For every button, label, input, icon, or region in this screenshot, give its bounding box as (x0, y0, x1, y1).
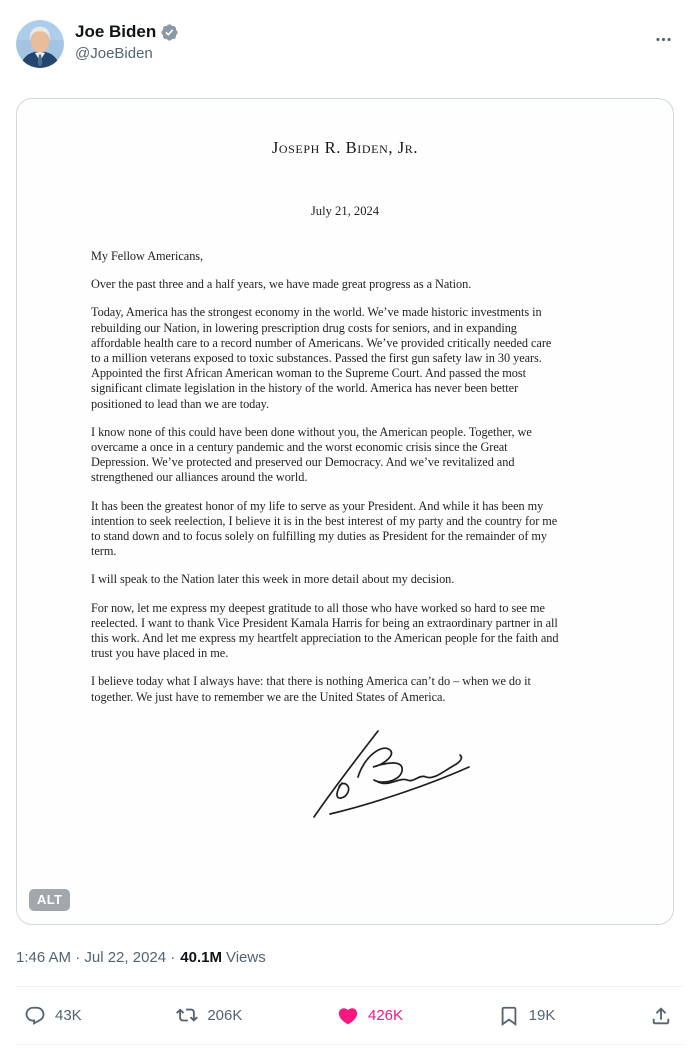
bookmark-button[interactable]: 19K (498, 1005, 556, 1027)
tweet-action-bar: 43K 206K 426K 19K (16, 986, 684, 1045)
reply-count: 43K (55, 1008, 82, 1024)
repost-icon (176, 1005, 198, 1027)
views-count: 40.1M (180, 949, 222, 966)
repost-count: 206K (207, 1008, 242, 1024)
letter-paragraph: I believe today what I always have: that… (91, 674, 615, 704)
views-label: Views (226, 949, 266, 966)
letter-date: July 21, 2024 (17, 204, 673, 219)
letter-paragraph: For now, let me express my deepest grati… (91, 601, 615, 662)
like-count: 426K (368, 1008, 403, 1024)
tweet-header: Joe Biden @JoeBiden (16, 0, 684, 68)
timestamp: 1:46 AM · Jul 22, 2024 · (16, 949, 175, 966)
letterhead-name: Joseph R. Biden, Jr. (17, 139, 673, 157)
avatar-portrait-joe-biden (16, 20, 64, 68)
tweet-media-letter-image[interactable]: Joseph R. Biden, Jr. July 21, 2024 My Fe… (16, 98, 674, 925)
letter-paragraph: I will speak to the Nation later this we… (91, 572, 615, 587)
bookmark-count: 19K (529, 1008, 556, 1024)
heart-filled-icon (337, 1005, 359, 1027)
tweet-meta-row: 1:46 AM · Jul 22, 2024 ·40.1MViews (16, 948, 684, 968)
repost-button[interactable]: 206K (176, 1005, 242, 1027)
more-options-button[interactable] (646, 22, 680, 56)
profile-name-block: Joe Biden @JoeBiden (75, 20, 179, 64)
letter-paragraph: Today, America has the strongest economy… (91, 305, 615, 411)
display-name[interactable]: Joe Biden (75, 21, 156, 43)
letter-body: My Fellow Americans, Over the past three… (91, 249, 615, 826)
reply-button[interactable]: 43K (24, 1005, 82, 1027)
share-upload-icon (650, 1005, 672, 1027)
like-button[interactable]: 426K (337, 1005, 403, 1027)
letter-scan: Joseph R. Biden, Jr. July 21, 2024 My Fe… (17, 99, 673, 924)
user-handle[interactable]: @JoeBiden (75, 43, 179, 64)
verified-badge-icon (160, 23, 179, 42)
handwritten-signature (306, 727, 486, 822)
alt-text-badge[interactable]: ALT (29, 889, 70, 911)
profile-avatar[interactable] (16, 20, 64, 68)
letter-paragraph: I know none of this could have been done… (91, 425, 615, 486)
bookmark-icon (498, 1005, 520, 1027)
reply-icon (24, 1005, 46, 1027)
letter-paragraph: Over the past three and a half years, we… (91, 277, 615, 292)
tweet-detail: Joe Biden @JoeBiden Joseph R. Biden, Jr.… (0, 0, 700, 1045)
share-button[interactable] (650, 1005, 672, 1027)
letter-salutation: My Fellow Americans, (91, 249, 615, 264)
ellipsis-icon (654, 30, 673, 49)
letter-paragraph: It has been the greatest honor of my lif… (91, 499, 615, 560)
